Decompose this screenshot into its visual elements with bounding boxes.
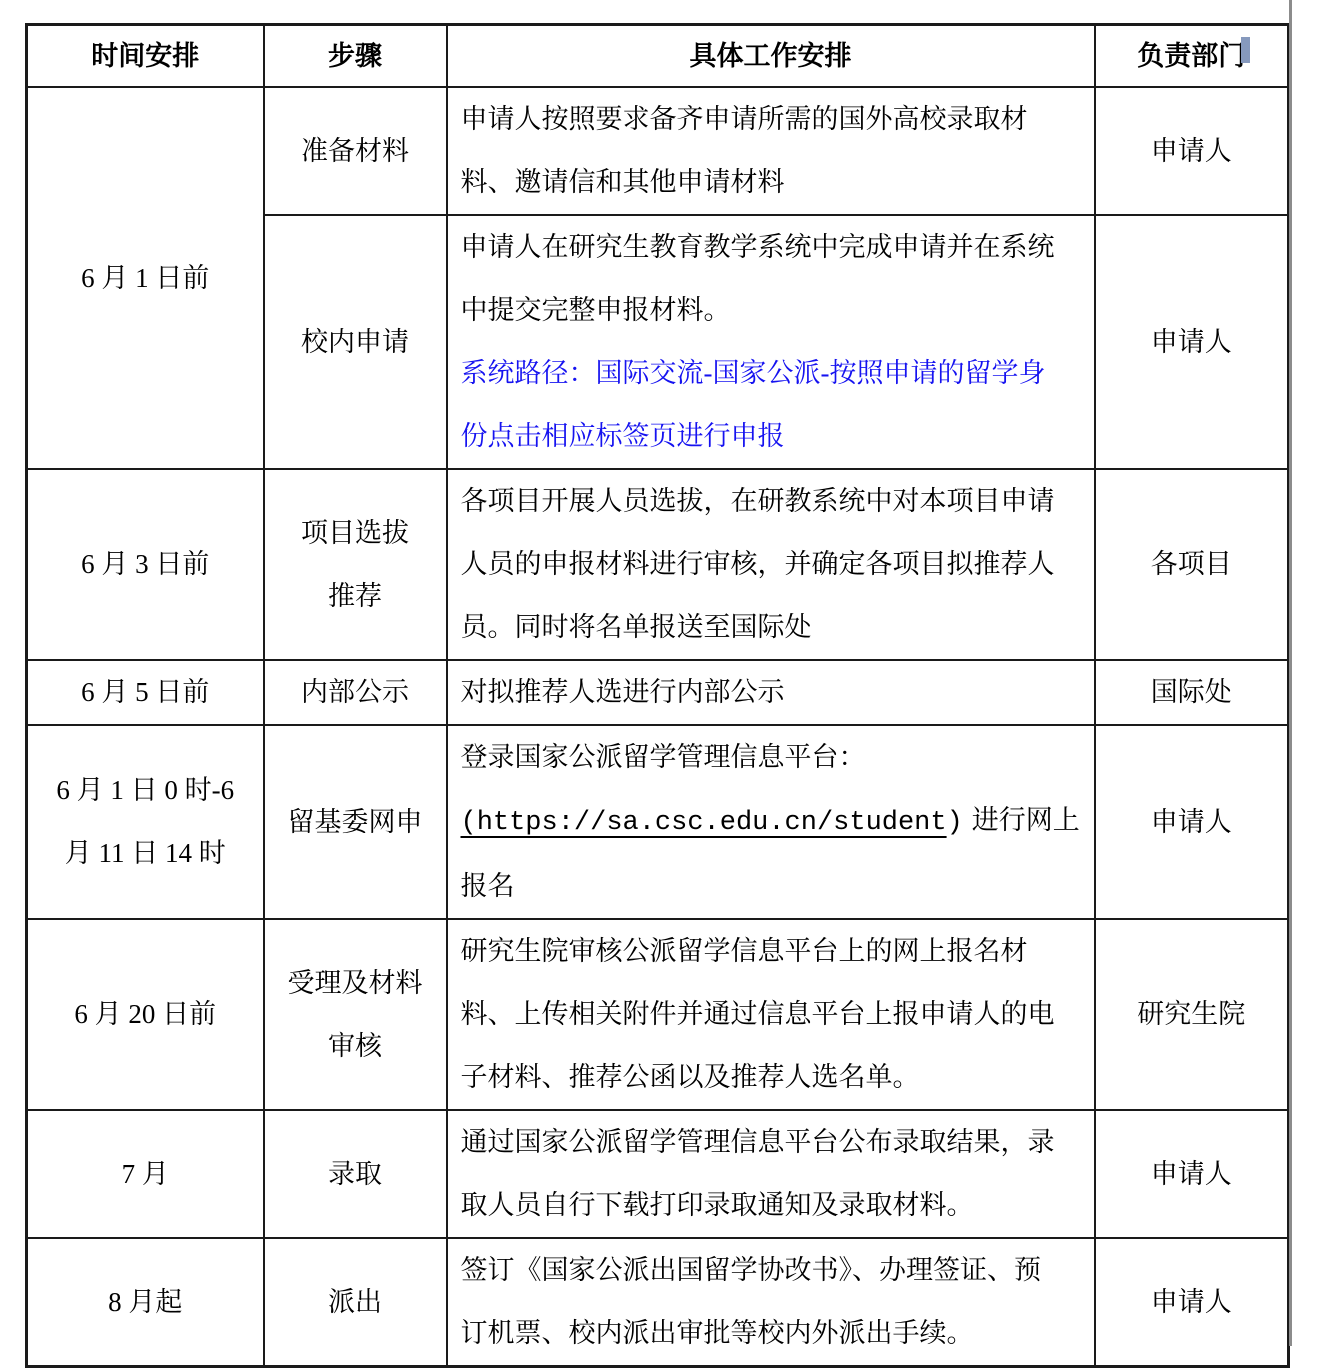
dept-cell: 国际处 [1095,660,1289,725]
dept-text: 申请人 [1096,311,1288,374]
header-cell-work: 具体工作安排 [447,25,1095,88]
work-line: 签订《国家公派出国留学协改书》、办理签证、预 [461,1239,1094,1302]
time-cell-june1: 6 月 1 日前 [27,87,264,469]
table-row: 7 月 录取 通过国家公派留学管理信息平台公布录取结果，录 取人员自行下载打印录… [27,1110,1289,1238]
work-line: 各项目开展人员选拔，在研教系统中对本项目申请 [461,470,1094,533]
dept-text: 申请人 [1096,791,1288,854]
time-cell-csc-window: 6 月 1 日 0 时-6 月 11 日 14 时 [27,725,264,919]
dept-text: 各项目 [1096,533,1288,596]
step-text: 推荐 [265,565,446,628]
step-text: 派出 [265,1271,446,1334]
header-cell-time: 时间安排 [27,25,264,88]
work-line: 通过国家公派留学管理信息平台公布录取结果，录 [461,1111,1094,1174]
work-line: 员。同时将名单报送至国际处 [461,596,1094,659]
header-row: 时间安排 步骤 具体工作安排 负责部门 [27,25,1289,88]
dept-cell: 申请人 [1095,725,1289,919]
step-text: 准备材料 [265,120,446,183]
dept-cell: 各项目 [1095,469,1289,660]
dept-cell: 申请人 [1095,1110,1289,1238]
table-row: 6 月 1 日前 准备材料 申请人按照要求备齐申请所需的国外高校录取材 料、邀请… [27,87,1289,215]
table-row: 8 月起 派出 签订《国家公派出国留学协改书》、办理签证、预 订机票、校内派出审… [27,1238,1289,1367]
dept-text: 申请人 [1096,1271,1288,1334]
dept-text: 研究生院 [1096,983,1288,1046]
csc-portal-url[interactable]: (https://sa.csc.edu.cn/student [461,808,947,838]
time-cell-july: 7 月 [27,1110,264,1238]
work-line: 取人员自行下载打印录取通知及录取材料。 [461,1174,1094,1237]
time-cell-june5: 6 月 5 日前 [27,660,264,725]
time-text: 6 月 5 日前 [28,661,263,724]
table-row: 6 月 20 日前 受理及材料 审核 研究生院审核公派留学信息平台上的网上报名材… [27,919,1289,1110]
page-edge-line [1289,0,1292,1346]
schedule-table: 时间安排 步骤 具体工作安排 负责部门 6 月 1 日前 准备材料 申请人按照要… [25,23,1290,1368]
step-cell-csc-online-application: 留基委网申 [264,725,447,919]
work-line: 子材料、推荐公函以及推荐人选名单。 [461,1046,1094,1109]
dept-cell: 申请人 [1095,215,1289,469]
time-text: 6 月 20 日前 [28,983,263,1046]
step-text: 项目选拔 [265,502,446,565]
work-cell: 申请人在研究生教育教学系统中完成申请并在系统 中提交完整申报材料。 系统路径：国… [447,215,1095,469]
dept-text: 申请人 [1096,1143,1288,1206]
time-cell-august: 8 月起 [27,1238,264,1367]
work-text: 进行网上 [972,805,1080,835]
work-line: 登录国家公派留学管理信息平台： [461,726,1094,789]
work-line: 研究生院审核公派留学信息平台上的网上报名材 [461,920,1094,983]
work-cell: 各项目开展人员选拔，在研教系统中对本项目申请 人员的申报材料进行审核，并确定各项… [447,469,1095,660]
text-cursor-artifact [1241,37,1250,63]
work-cell: 申请人按照要求备齐申请所需的国外高校录取材 料、邀请信和其他申请材料 [447,87,1095,215]
system-path-note: 份点击相应标签页进行申报 [461,405,1094,468]
time-text: 6 月 1 日前 [28,247,263,310]
step-cell-dispatch: 派出 [264,1238,447,1367]
table-row: 6 月 1 日 0 时-6 月 11 日 14 时 留基委网申 登录国家公派留学… [27,725,1289,919]
step-cell-campus-application: 校内申请 [264,215,447,469]
work-line: 中提交完整申报材料。 [461,279,1094,342]
time-text: 月 11 日 14 时 [28,822,263,885]
step-text: 校内申请 [265,311,446,374]
time-cell-june20: 6 月 20 日前 [27,919,264,1110]
dept-cell: 申请人 [1095,87,1289,215]
work-line: 料、上传相关附件并通过信息平台上报申请人的电 [461,983,1094,1046]
work-line: 申请人在研究生教育教学系统中完成申请并在系统 [461,216,1094,279]
table-row: 6 月 5 日前 内部公示 对拟推荐人选进行内部公示 国际处 [27,660,1289,725]
work-cell: 签订《国家公派出国留学协改书》、办理签证、预 订机票、校内派出审批等校内外派出手… [447,1238,1095,1367]
dept-text: 国际处 [1096,661,1288,724]
step-cell-project-selection: 项目选拔 推荐 [264,469,447,660]
time-text: 6 月 1 日 0 时-6 [28,759,263,822]
work-cell: 通过国家公派留学管理信息平台公布录取结果，录 取人员自行下载打印录取通知及录取材… [447,1110,1095,1238]
step-cell-acceptance-review: 受理及材料 审核 [264,919,447,1110]
step-cell-admission: 录取 [264,1110,447,1238]
time-text: 6 月 3 日前 [28,533,263,596]
step-text: 录取 [265,1143,446,1206]
time-text: 8 月起 [28,1271,263,1334]
step-text: 留基委网申 [265,791,446,854]
work-line: 申请人按照要求备齐申请所需的国外高校录取材 [461,88,1094,151]
step-text: 审核 [265,1015,446,1078]
work-line: 料、邀请信和其他申请材料 [461,151,1094,214]
work-line: 人员的申报材料进行审核，并确定各项目拟推荐人 [461,533,1094,596]
system-path-note: 系统路径：国际交流-国家公派-按照申请的留学身 [461,342,1094,405]
header-cell-step: 步骤 [264,25,447,88]
dept-cell: 申请人 [1095,1238,1289,1367]
time-cell-june3: 6 月 3 日前 [27,469,264,660]
dept-cell: 研究生院 [1095,919,1289,1110]
step-text: 内部公示 [265,661,446,724]
time-text: 7 月 [28,1143,263,1206]
work-line: 对拟推荐人选进行内部公示 [461,661,1094,724]
header-cell-dept: 负责部门 [1095,25,1289,88]
work-line: 订机票、校内派出审批等校内外派出手续。 [461,1302,1094,1365]
work-line: 报名 [461,855,1094,918]
step-cell-prepare-materials: 准备材料 [264,87,447,215]
step-text: 受理及材料 [265,952,446,1015]
url-close-paren: ) [947,808,963,838]
work-cell: 研究生院审核公派留学信息平台上的网上报名材 料、上传相关附件并通过信息平台上报申… [447,919,1095,1110]
work-line: (https://sa.csc.edu.cn/student)进行网上 [461,789,1094,855]
step-cell-internal-publicity: 内部公示 [264,660,447,725]
work-cell: 对拟推荐人选进行内部公示 [447,660,1095,725]
dept-text: 申请人 [1096,120,1288,183]
work-cell: 登录国家公派留学管理信息平台： (https://sa.csc.edu.cn/s… [447,725,1095,919]
table-row: 6 月 3 日前 项目选拔 推荐 各项目开展人员选拔，在研教系统中对本项目申请 … [27,469,1289,660]
